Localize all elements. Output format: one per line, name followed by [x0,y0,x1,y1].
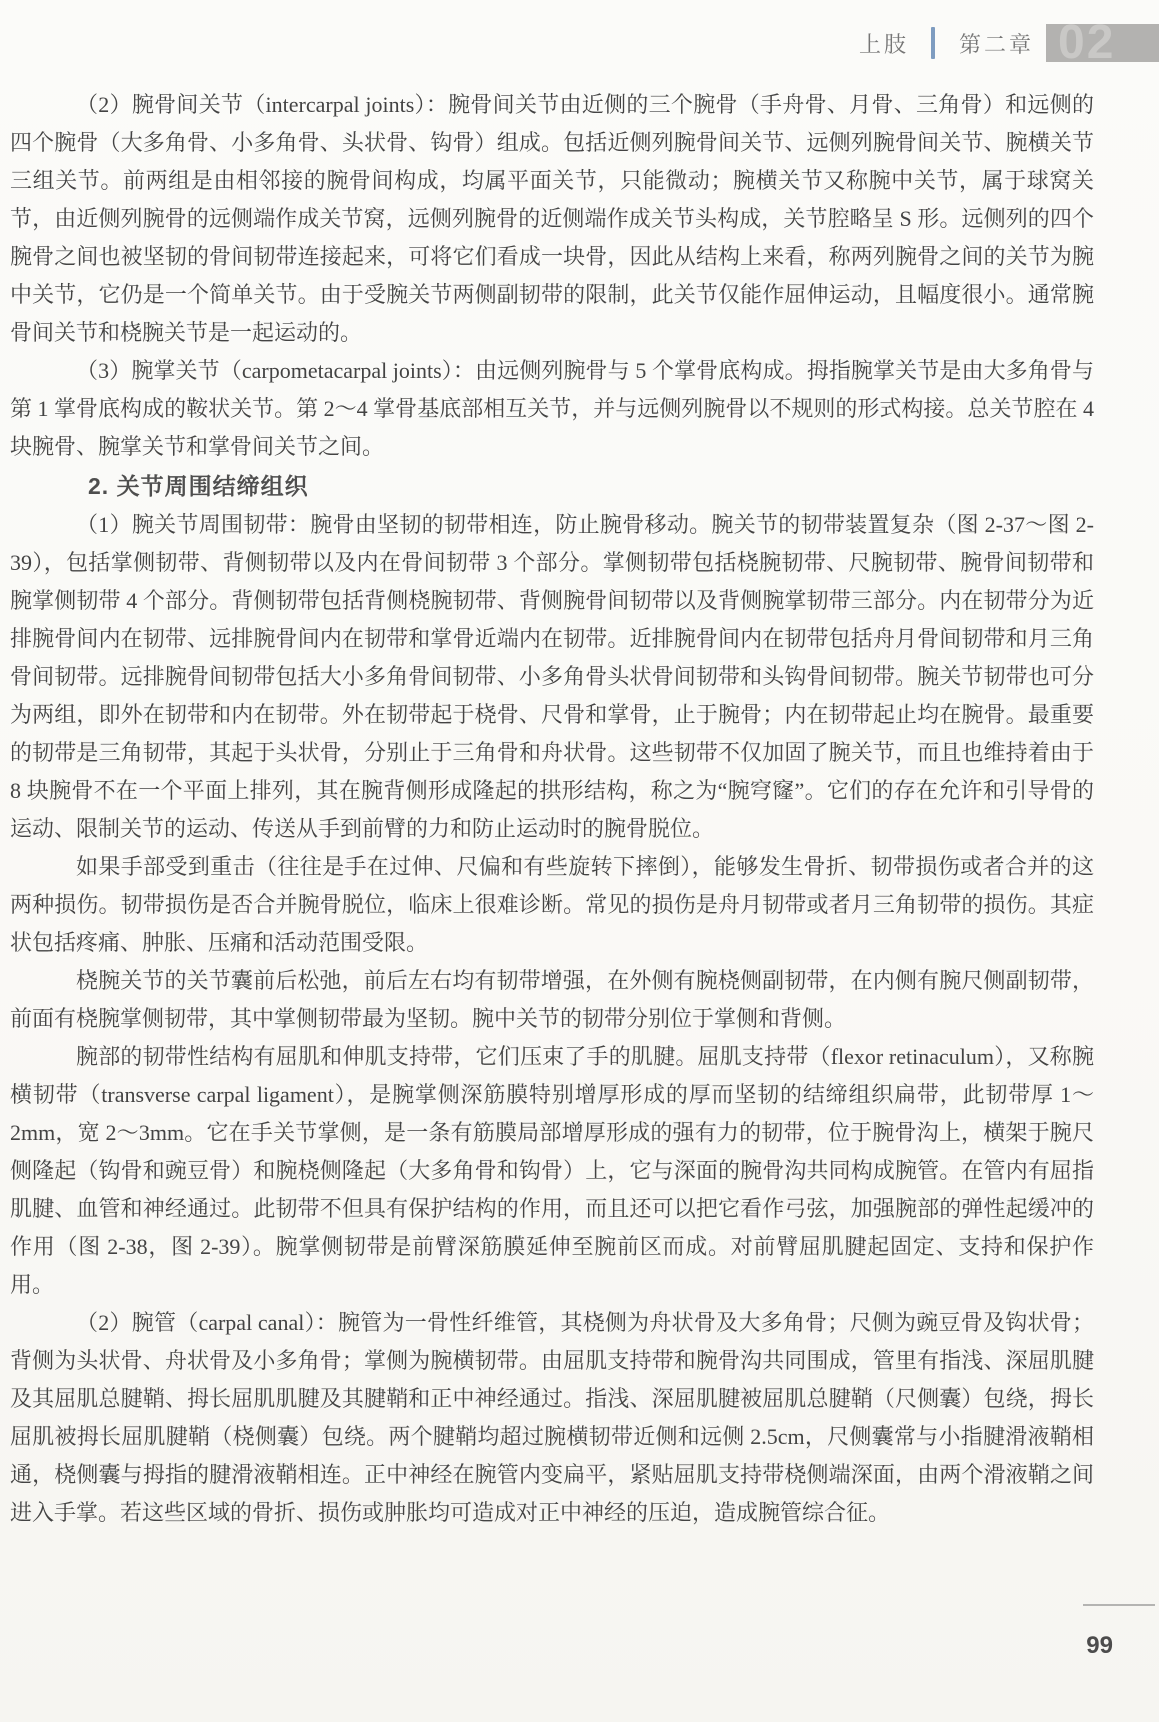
chapter-label: 第二章 [959,28,1034,59]
page-body-text: （2）腕骨间关节（intercarpal joints）：腕骨间关节由近侧的三个… [10,86,1094,1532]
section-heading-connective-tissue: 2. 关节周围结缔组织 [10,466,1094,506]
running-header: 上肢 第二章 02 [859,22,1159,64]
paragraph-flexor-retinaculum: 腕部的韧带性结构有屈肌和伸肌支持带，它们压束了手的肌腱。屈肌支持带（flexor… [10,1038,1094,1304]
footer-rule [1083,1604,1155,1606]
section-label: 上肢 [859,28,909,59]
paragraph-radiocarpal-capsule: 桡腕关节的关节囊前后松弛，前后左右均有韧带增强，在外侧有腕桡侧副韧带，在内侧有腕… [10,962,1094,1038]
chapter-number-box: 02 [1046,24,1159,62]
paragraph-wrist-ligaments: （1）腕关节周围韧带：腕骨由坚韧的韧带相连，防止腕骨移动。腕关节的韧带装置复杂（… [10,506,1094,848]
textbook-page: 上肢 第二章 02 （2）腕骨间关节（intercarpal joints）：腕… [0,0,1159,1722]
chapter-number: 02 [1046,24,1115,62]
page-number: 99 [1086,1632,1113,1660]
header-divider [931,27,935,59]
paragraph-intercarpal-joints: （2）腕骨间关节（intercarpal joints）：腕骨间关节由近侧的三个… [10,86,1094,352]
paragraph-carpometacarpal-joints: （3）腕掌关节（carpometacarpal joints）：由远侧列腕骨与 … [10,352,1094,466]
paragraph-carpal-canal: （2）腕管（carpal canal）：腕管为一骨性纤维管，其桡侧为舟状骨及大多… [10,1304,1094,1532]
paragraph-injury: 如果手部受到重击（往往是手在过伸、尺偏和有些旋转下摔倒），能够发生骨折、韧带损伤… [10,848,1094,962]
